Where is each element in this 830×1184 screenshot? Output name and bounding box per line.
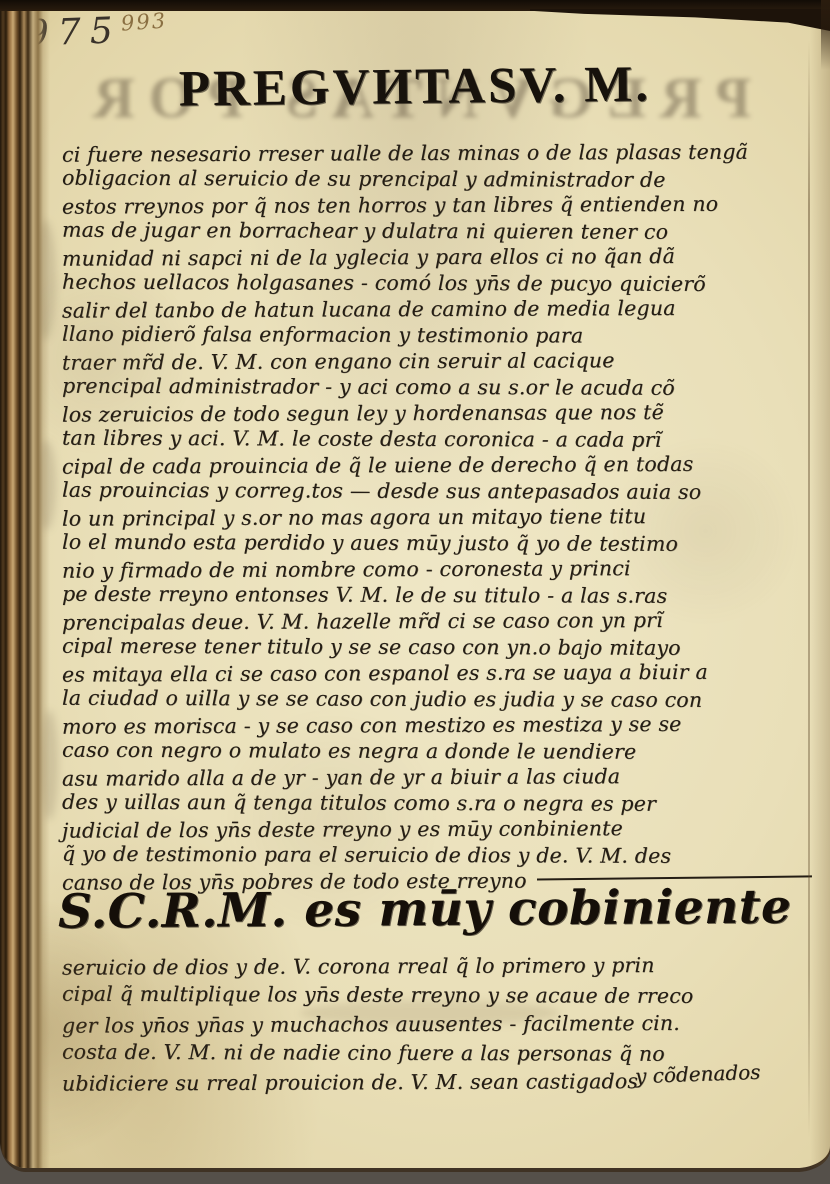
manuscript-line: cipal de cada prouincia de q̃ le uiene d…: [62, 450, 814, 479]
section-heading: S.C.R.M. es mūy cobiniente: [58, 879, 820, 939]
manuscript-line: q̃ yo de testimonio para el seruicio de …: [62, 841, 814, 870]
manuscript-line: tan libres y aci. V. M. le coste desta c…: [62, 425, 814, 454]
manuscript-line: ci fuere nesesario rreser ualle de las m…: [62, 138, 814, 167]
manuscript-line: los zeruicios de todo segun ley y horden…: [62, 398, 814, 427]
manuscript-line: lo un principal y s.or no mas agora un m…: [62, 502, 814, 531]
manuscript-scan: 975 993 PREGVNTAS POR PREGVИTASV. M. ci …: [0, 0, 830, 1184]
manuscript-line: traer mr̃d de. V. M. con engano cin seru…: [62, 346, 814, 375]
page-right-edge-shade: [810, 10, 830, 1168]
manuscript-line: moro es morisca - y se caso con mestizo …: [62, 710, 814, 739]
manuscript-line: prencipal administrador - y aci como a s…: [62, 373, 814, 402]
manuscript-line: la ciudad o uilla y se se caso con judio…: [62, 685, 814, 714]
manuscript-page: 975 993 PREGVNTAS POR PREGVИTASV. M. ci …: [0, 10, 830, 1168]
manuscript-line: ger los yn̄os yn̄as y muchachos auusente…: [62, 1008, 814, 1040]
manuscript-line: prencipalas deue. V. M. hazelle mr̃d ci …: [62, 606, 814, 635]
book-right-edge: [821, 0, 830, 70]
manuscript-line: nio y firmado de mi nombre como - corone…: [62, 554, 814, 583]
manuscript-line: cipal merese tener titulo y se se caso c…: [62, 633, 814, 662]
manuscript-line: des y uillas aun q̃ tenga titulos como s…: [62, 789, 814, 818]
body-text-block: ci fuere nesesario rreser ualle de las m…: [62, 140, 814, 894]
manuscript-line: mas de jugar en borrachear y dulatra ni …: [62, 217, 814, 246]
manuscript-line: pe deste rreyno entonses V. M. le de su …: [62, 581, 814, 610]
manuscript-line: salir del tanbo de hatun lucana de camin…: [62, 294, 814, 323]
catchword: y cõdenados: [634, 1060, 760, 1088]
manuscript-line: lo el mundo esta perdido y aues mūy just…: [62, 529, 814, 558]
manuscript-line: munidad ni sapci ni de la yglecia y para…: [62, 242, 814, 271]
folio-number-alt: 993: [120, 8, 168, 35]
page-header: PREGVNTAS POR PREGVИTASV. M.: [0, 58, 830, 136]
manuscript-line: hechos uellacos holgasanes - comó los yn…: [62, 269, 814, 298]
manuscript-line: es mitaya ella ci se caso con espanol es…: [62, 658, 814, 687]
manuscript-line: seruicio de dios y de. V. corona rreal q…: [62, 950, 814, 982]
manuscript-line: asu marido alla a de yr - yan de yr a bi…: [62, 762, 814, 791]
manuscript-line: estos rreynos por q̃ nos ten horros y ta…: [62, 190, 814, 219]
manuscript-line: obligacion al seruicio de su prencipal y…: [62, 165, 814, 194]
manuscript-line: llano pidierõ falsa enformacion y testim…: [62, 321, 814, 350]
manuscript-line: judicial de los yn̄s deste rreyno y es m…: [62, 814, 814, 843]
manuscript-line: las prouincias y correg.tos — desde sus …: [62, 477, 814, 506]
page-title: PREGVИTASV. M.: [0, 54, 830, 121]
binding-gutter: [0, 10, 50, 1168]
manuscript-line: cipal q̃ multiplique los yn̄s deste rrey…: [62, 980, 814, 1012]
manuscript-line: caso con negro o mulato es negra a donde…: [62, 737, 814, 766]
